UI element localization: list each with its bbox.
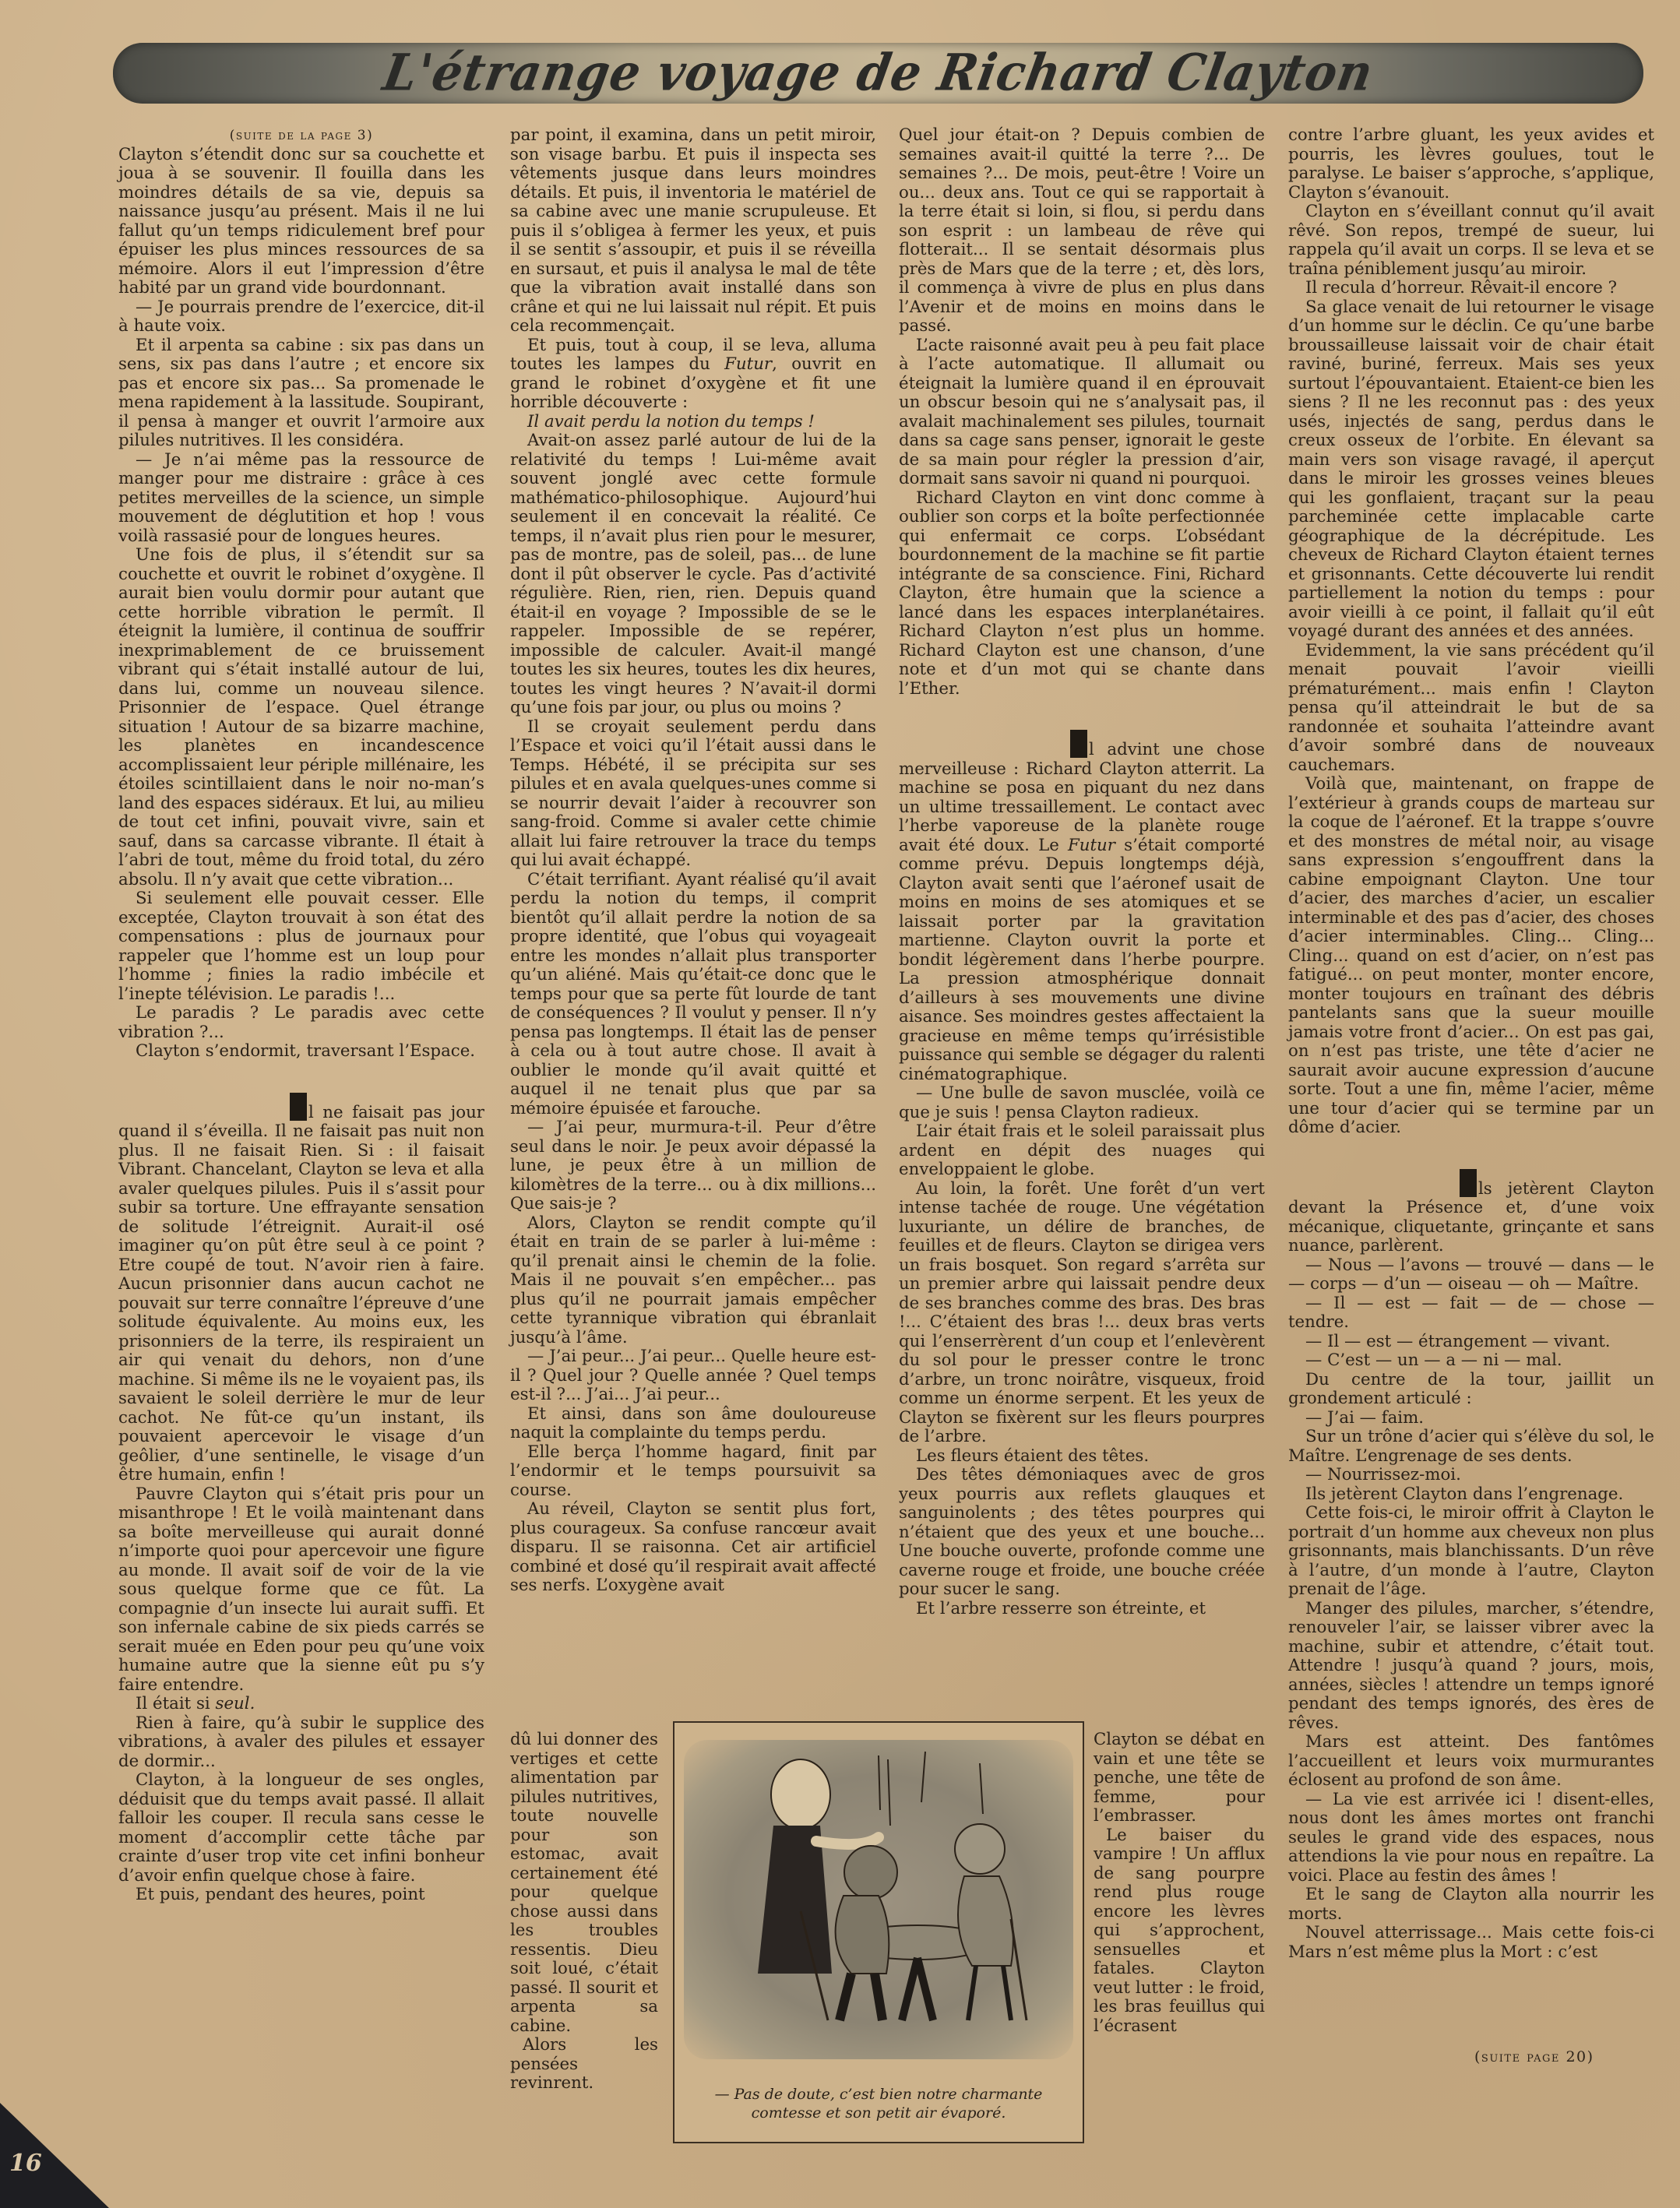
paragraph: — Il — est — fait — de — chose — tendre. <box>1288 1294 1654 1333</box>
paragraph: Clayton se débat en vain et une tête se … <box>1094 1731 1265 1826</box>
paragraph: Si seulement elle pouvait cesser. Elle e… <box>118 889 484 1004</box>
paragraph: Sa glace venait de lui retourner le visa… <box>1288 298 1654 642</box>
paragraph: Il était si seul. <box>118 1695 484 1714</box>
paragraph: Avait-on assez parlé autour de lui de la… <box>510 431 876 718</box>
page-number: 16 <box>9 2150 42 2177</box>
paragraph: Cette fois-ci, le miroir offrit à Clayto… <box>1288 1504 1654 1600</box>
section-opening-paragraph: Il ne faisait pas jour quand il s’éveill… <box>118 1093 484 1485</box>
paragraph: Il recula d’horreur. Rêvait-il encore ? <box>1288 279 1654 298</box>
paragraph: Alors, Clayton se rendit compte qu’il ét… <box>510 1214 876 1348</box>
illustration-caption: — Pas de doute, c’est bien notre charman… <box>682 2085 1075 2122</box>
column-3-wrap-text: Clayton se débat en vain et une tête se … <box>1094 1731 1265 2036</box>
paragraph: — C’est — un — a — ni — mal. <box>1288 1351 1654 1371</box>
paragraph: Et ainsi, dans son âme douloureuse naqui… <box>510 1405 876 1443</box>
paragraph: par point, il examina, dans un petit mir… <box>510 126 876 336</box>
paragraph: Et l’arbre resserre son étreinte, et <box>899 1600 1265 1619</box>
paragraph: — Une bulle de savon musclée, voilà ce q… <box>899 1084 1265 1122</box>
paragraph: Rien à faire, qu’à subir le supplice des… <box>118 1714 484 1772</box>
paragraph: Et le sang de Clayton alla nourrir les m… <box>1288 1886 1654 1924</box>
paragraph: Et il arpenta sa cabine : six pas dans u… <box>118 336 484 451</box>
paragraph: Pauvre Clayton qui s’était pris pour un … <box>118 1485 484 1696</box>
column-1: (suite de la page 3) Clayton s’étendit d… <box>118 126 484 1905</box>
drop-cap-letter: I <box>1070 730 1087 758</box>
section-opening-paragraph: Il advint une chose merveilleuse : Richa… <box>899 730 1265 1084</box>
paragraph: Au réveil, Clayton se sentit plus fort, … <box>510 1500 876 1596</box>
paragraph: — Je n’ai même pas la ressource de mange… <box>118 451 484 547</box>
column-4: contre l’arbre gluant, les yeux avides e… <box>1288 126 1654 1962</box>
drop-cap-letter: I <box>1460 1169 1477 1197</box>
paragraph: L’air était frais et le soleil paraissai… <box>899 1122 1265 1180</box>
paragraph: Il se croyait seulement perdu dans l’Esp… <box>510 718 876 871</box>
paragraph: Le paradis ? Le paradis avec cette vibra… <box>118 1004 484 1042</box>
paragraph: — Nourrissez-moi. <box>1288 1466 1654 1485</box>
paragraph: dû lui donner des vertiges et cette alim… <box>510 1731 658 2036</box>
column-2: par point, il examina, dans un petit mir… <box>510 126 876 1596</box>
paragraph: Nouvel atterrissage... Mais cette fois-c… <box>1288 1924 1654 1962</box>
paragraph: — J’ai peur, murmura-t-il. Peur d’être s… <box>510 1118 876 1214</box>
paragraph: Ils jetèrent Clayton dans l’engrenage. <box>1288 1485 1654 1505</box>
continued-from-label: (suite de la page 3) <box>118 126 484 146</box>
paragraph: — Nous — l’avons — trouvé — dans — le — … <box>1288 1256 1654 1294</box>
paragraph: Evidemment, la vie sans précédent qu’il … <box>1288 642 1654 776</box>
paragraph: — Je pourrais prendre de l’exercice, dit… <box>118 298 484 336</box>
paragraph: Manger des pilules, marcher, s’étendre, … <box>1288 1600 1654 1734</box>
article-title: L'étrange voyage de Richard Clayton <box>379 44 1377 103</box>
illustration-frame: — Pas de doute, c’est bien notre charman… <box>673 1721 1084 2143</box>
paragraph: Mars est atteint. Des fantômes l’accueil… <box>1288 1733 1654 1791</box>
cartoon-drawing <box>684 1740 1073 2059</box>
paragraph: Au loin, la forêt. Une forêt d’un vert i… <box>899 1180 1265 1447</box>
paragraph: — La vie est arrivée ici ! disent-elles,… <box>1288 1791 1654 1886</box>
paragraph: Les fleurs étaient des têtes. <box>899 1447 1265 1467</box>
paragraph: — J’ai — faim. <box>1288 1409 1654 1428</box>
paragraph: Clayton en s’éveillant connut qu’il avai… <box>1288 202 1654 279</box>
drop-cap-letter: I <box>290 1093 307 1121</box>
italic-statement: Il avait perdu la notion du temps ! <box>510 413 876 432</box>
paragraph: Alors les pensées revinrent. <box>510 2036 658 2094</box>
paragraph: Voilà que, maintenant, on frappe de l’ex… <box>1288 775 1654 1138</box>
paragraph: Clayton, à la longueur de ses ongles, dé… <box>118 1771 484 1886</box>
paragraph: — J’ai peur... J’ai peur... Quelle heure… <box>510 1347 876 1405</box>
paragraph: Le baiser du vampire ! Un afflux de sang… <box>1094 1826 1265 2037</box>
paragraph: Du centre de la tour, jaillit un grondem… <box>1288 1371 1654 1409</box>
paragraph: Quel jour était-on ? Depuis combien de s… <box>899 126 1265 336</box>
paragraph: Une fois de plus, il s’étendit sur sa co… <box>118 546 484 889</box>
paragraph: Des têtes démoniaques avec de gros yeux … <box>899 1466 1265 1600</box>
cartoon-illustration-icon <box>684 1740 1073 2059</box>
column-2-wrap-text: dû lui donner des vertiges et cette alim… <box>510 1731 658 2094</box>
paragraph: contre l’arbre gluant, les yeux avides e… <box>1288 126 1654 202</box>
section-opening-paragraph: Ils jetèrent Clayton devant la Présence … <box>1288 1169 1654 1256</box>
paragraph: L’acte raisonné avait peu à peu fait pla… <box>899 336 1265 489</box>
paragraph: — Il — est — étrangement — vivant. <box>1288 1333 1654 1352</box>
paragraph: Et puis, pendant des heures, point <box>118 1886 484 1905</box>
continued-to-label: (suite page 20) <box>1474 2048 1594 2065</box>
column-3: Quel jour était-on ? Depuis combien de s… <box>899 126 1265 1618</box>
paragraph: Sur un trône d’acier qui s’élève du sol,… <box>1288 1428 1654 1466</box>
paragraph: Clayton s’endormit, traversant l’Espace. <box>118 1042 484 1062</box>
title-banner: L'étrange voyage de Richard Clayton <box>113 43 1643 104</box>
paragraph: Et puis, tout à coup, il se leva, alluma… <box>510 336 876 413</box>
paragraph: Clayton s’étendit donc sur sa couchette … <box>118 146 484 298</box>
paragraph: Elle berça l’homme hagard, finit par l’e… <box>510 1443 876 1501</box>
paragraph: C’était terrifiant. Ayant réalisé qu’il … <box>510 871 876 1119</box>
paragraph: Richard Clayton en vint donc comme à oub… <box>899 489 1265 699</box>
